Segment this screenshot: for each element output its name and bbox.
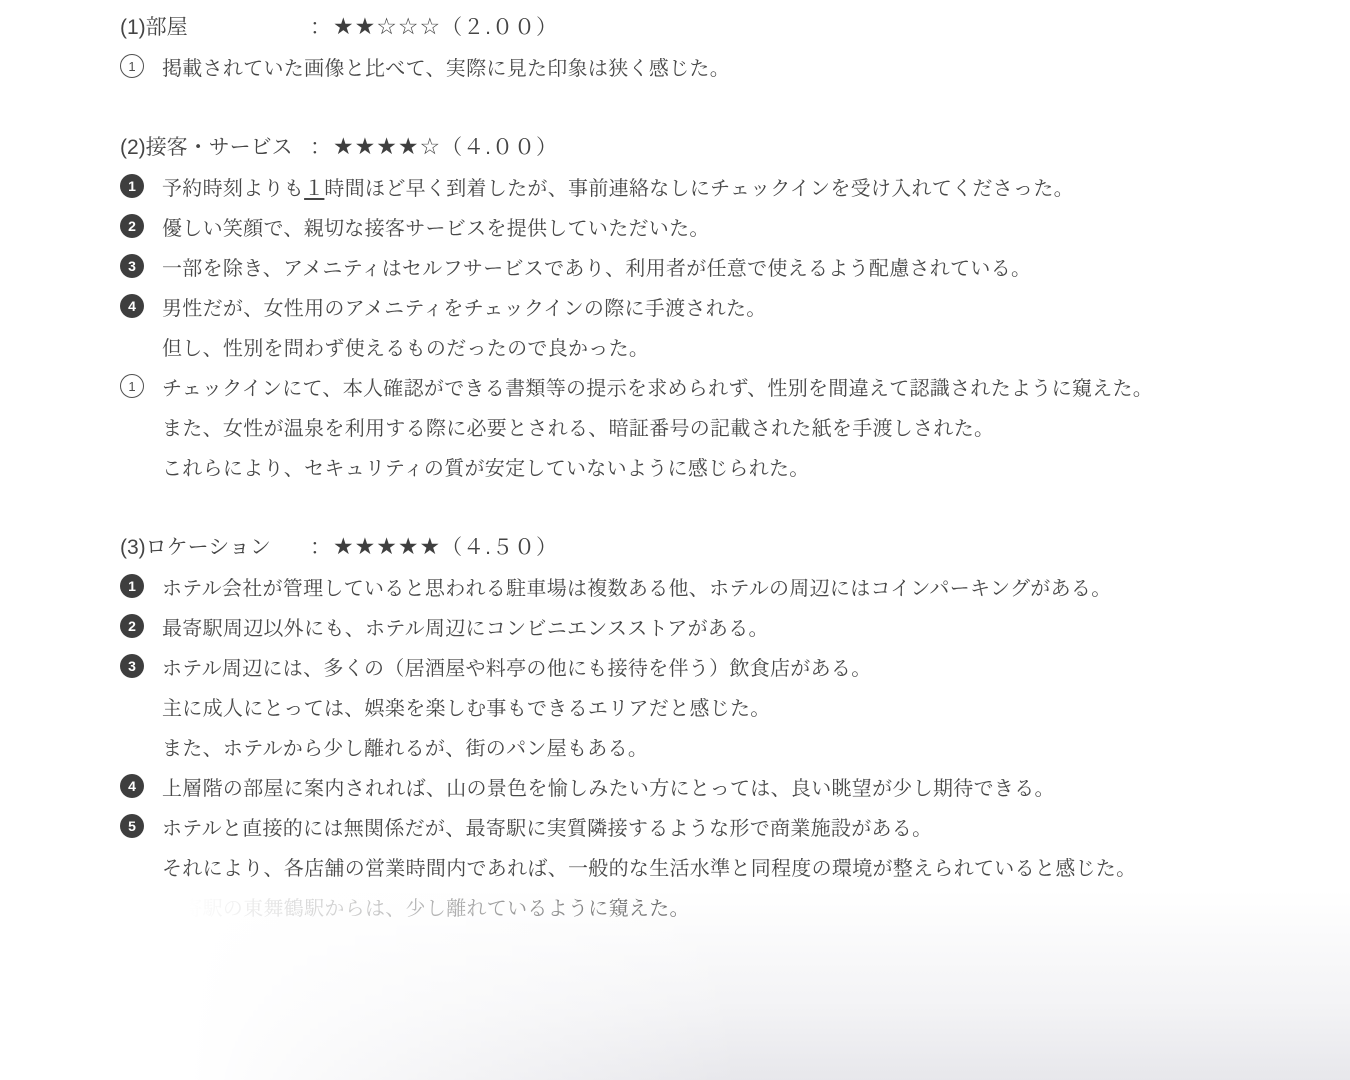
review-line: 3一部を除き、アメニティはセルフサービスであり、利用者が任意で使えるよう配慮され… — [120, 246, 1350, 286]
section-header: (1)部屋：★★☆☆☆（２.００） — [120, 6, 1350, 46]
filled-number-badge: 1 — [120, 174, 144, 198]
score-value: （２.００） — [441, 11, 558, 41]
section-title: (3)ロケーション — [120, 531, 310, 561]
review-text: 予約時刻よりも１時間ほど早く到着したが、事前連絡なしにチェックインを受け入れてく… — [162, 172, 1074, 201]
section-header: (3)ロケーション：★★★★★（４.５０） — [120, 526, 1350, 566]
review-text: それにより、各店舗の営業時間内であれば、一般的な生活水準と同程度の環境が整えられ… — [162, 852, 1136, 881]
review-text: 一部を除き、アメニティはセルフサービスであり、利用者が任意で使えるよう配慮されて… — [162, 252, 1031, 281]
review-line: 3ホテル周辺には、多くの（居酒屋や料亭の他にも接待を伴う）飲食店がある。 — [120, 646, 1350, 686]
review-text: チェックインにて、本人確認ができる書類等の提示を求められず、性別を間違えて認識さ… — [162, 372, 1153, 401]
review-line: 主に成人にとっては、娯楽を楽しむ事もできるエリアだと感じた。 — [120, 686, 1350, 726]
star-rating: ★★★★★ — [333, 533, 441, 560]
section-title: (1)部屋 — [120, 11, 310, 41]
text-underlined: １ — [304, 178, 324, 200]
review-line: 2優しい笑顔で、親切な接客サービスを提供していただいた。 — [120, 206, 1350, 246]
filled-number-badge: 3 — [120, 654, 144, 678]
review-page: (1)部屋：★★☆☆☆（２.００）1掲載されていた画像と比べて、実際に見た印象は… — [0, 0, 1350, 1080]
star-rating: ★★★★☆ — [333, 133, 441, 160]
section-colon: ： — [310, 131, 331, 161]
review-section-3: (3)ロケーション：★★★★★（４.５０）1ホテル会社が管理していると思われる駐… — [120, 526, 1350, 926]
filled-number-badge: 1 — [120, 574, 144, 598]
section-colon: ： — [310, 11, 331, 41]
review-text: 最寄駅周辺以外にも、ホテル周辺にコンビニエンスストアがある。 — [162, 612, 769, 641]
review-text: 男性だが、女性用のアメニティをチェックインの際に手渡された。 — [162, 292, 767, 321]
review-text: ホテルと直接的には無関係だが、最寄駅に実質隣接するような形で商業施設がある。 — [162, 812, 932, 841]
review-section-1: (1)部屋：★★☆☆☆（２.００）1掲載されていた画像と比べて、実際に見た印象は… — [120, 6, 1350, 86]
review-line: 1最寄駅の東舞鶴駅からは、少し離れているように窺えた。 — [120, 886, 1350, 926]
circled-number-badge: 1 — [120, 374, 144, 398]
review-text: これらにより、セキュリティの質が安定していないように感じられた。 — [162, 452, 810, 481]
review-line: また、ホテルから少し離れるが、街のパン屋もある。 — [120, 726, 1350, 766]
review-text: 主に成人にとっては、娯楽を楽しむ事もできるエリアだと感じた。 — [162, 692, 771, 721]
review-text: また、ホテルから少し離れるが、街のパン屋もある。 — [162, 732, 648, 761]
review-text: ホテル会社が管理していると思われる駐車場は複数ある他、ホテルの周辺にはコインパー… — [162, 572, 1112, 601]
circled-number-badge: 1 — [120, 894, 144, 918]
filled-number-badge: 3 — [120, 254, 144, 278]
review-line: 2最寄駅周辺以外にも、ホテル周辺にコンビニエンスストアがある。 — [120, 606, 1350, 646]
review-text: また、女性が温泉を利用する際に必要とされる、暗証番号の記載された紙を手渡しされた… — [162, 412, 994, 441]
review-text: ホテル周辺には、多くの（居酒屋や料亭の他にも接待を伴う）飲食店がある。 — [162, 652, 872, 681]
review-line: 1掲載されていた画像と比べて、実際に見た印象は狭く感じた。 — [120, 46, 1350, 86]
filled-number-badge: 4 — [120, 774, 144, 798]
review-line: それにより、各店舗の営業時間内であれば、一般的な生活水準と同程度の環境が整えられ… — [120, 846, 1350, 886]
filled-number-badge: 4 — [120, 294, 144, 318]
review-line: 1予約時刻よりも１時間ほど早く到着したが、事前連絡なしにチェックインを受け入れて… — [120, 166, 1350, 206]
review-line: 1チェックインにて、本人確認ができる書類等の提示を求められず、性別を間違えて認識… — [120, 366, 1350, 406]
review-section-2: (2)接客・サービス：★★★★☆（４.００）1予約時刻よりも１時間ほど早く到着し… — [120, 126, 1350, 486]
star-rating: ★★☆☆☆ — [333, 13, 441, 40]
review-document: (1)部屋：★★☆☆☆（２.００）1掲載されていた画像と比べて、実際に見た印象は… — [120, 6, 1350, 926]
review-line: 4上層階の部屋に案内されれば、山の景色を愉しみたい方にとっては、良い眺望が少し期… — [120, 766, 1350, 806]
text-pre: 予約時刻よりも — [162, 178, 304, 200]
review-line: これらにより、セキュリティの質が安定していないように感じられた。 — [120, 446, 1350, 486]
section-title: (2)接客・サービス — [120, 131, 310, 161]
review-text: 上層階の部屋に案内されれば、山の景色を愉しみたい方にとっては、良い眺望が少し期待… — [162, 772, 1055, 801]
filled-number-badge: 2 — [120, 614, 144, 638]
review-text: 最寄駅の東舞鶴駅からは、少し離れているように窺えた。 — [162, 892, 690, 921]
review-line: また、女性が温泉を利用する際に必要とされる、暗証番号の記載された紙を手渡しされた… — [120, 406, 1350, 446]
review-text: 掲載されていた画像と比べて、実際に見た印象は狭く感じた。 — [162, 52, 730, 81]
review-text: 但し、性別を問わず使えるものだったので良かった。 — [162, 332, 649, 361]
score-value: （４.５０） — [441, 531, 558, 561]
circled-number-badge: 1 — [120, 54, 144, 78]
review-text: 優しい笑顔で、親切な接客サービスを提供していただいた。 — [162, 212, 710, 241]
review-line: 4男性だが、女性用のアメニティをチェックインの際に手渡された。 — [120, 286, 1350, 326]
section-header: (2)接客・サービス：★★★★☆（４.００） — [120, 126, 1350, 166]
filled-number-badge: 5 — [120, 814, 144, 838]
review-line: 5ホテルと直接的には無関係だが、最寄駅に実質隣接するような形で商業施設がある。 — [120, 806, 1350, 846]
review-line: 1ホテル会社が管理していると思われる駐車場は複数ある他、ホテルの周辺にはコインパ… — [120, 566, 1350, 606]
score-value: （４.００） — [441, 131, 558, 161]
text-post: 時間ほど早く到着したが、事前連絡なしにチェックインを受け入れてくださった。 — [324, 178, 1074, 200]
filled-number-badge: 2 — [120, 214, 144, 238]
review-line: 但し、性別を問わず使えるものだったので良かった。 — [120, 326, 1350, 366]
section-colon: ： — [310, 531, 331, 561]
